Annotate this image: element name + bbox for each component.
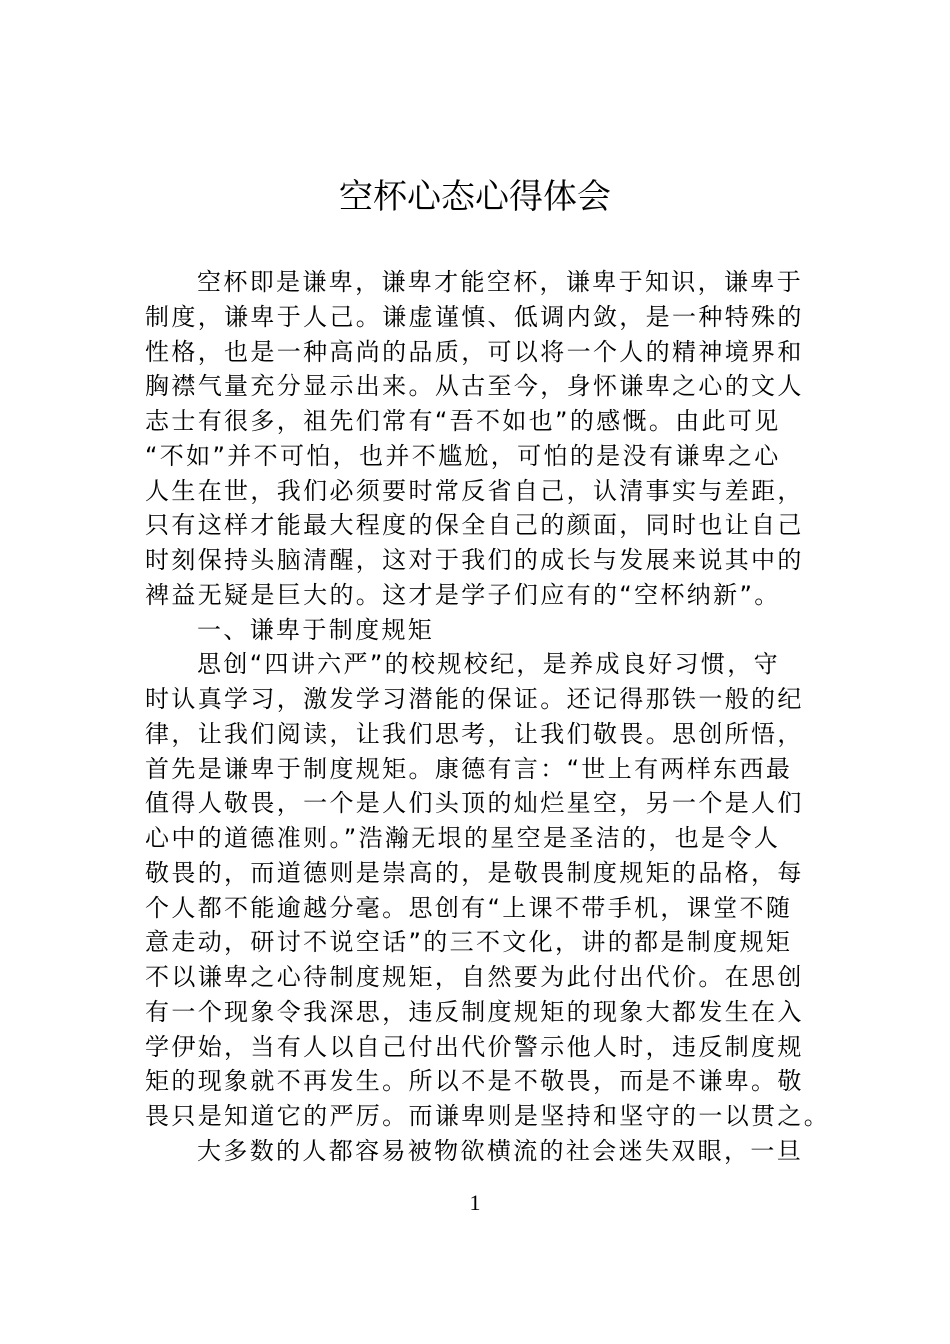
text-line: 人生在世，我们必须要时常反省自己，认清事实与差距， — [145, 474, 807, 509]
text-line: 不以谦卑之心待制度规矩，自然要为此付出代价。在思创 — [145, 960, 807, 995]
text-line: 时刻保持头脑清醒，这对于我们的成长与发展来说其中的 — [145, 543, 807, 578]
text-line: 大多数的人都容易被物欲横流的社会迷失双眼，一旦 — [145, 1134, 807, 1169]
text-line: 畏只是知道它的严厉。而谦卑则是坚持和坚守的一以贯之。 — [145, 1099, 807, 1134]
text-line: 只有这样才能最大程度的保全自己的颜面，同时也让自己 — [145, 508, 807, 543]
text-line: 值得人敬畏，一个是人们头顶的灿烂星空，另一个是人们 — [145, 786, 807, 821]
text-line: 志士有很多，祖先们常有“吾不如也”的感慨。由此可见 — [145, 404, 807, 439]
text-line: 律，让我们阅读，让我们思考，让我们敬畏。思创所悟， — [145, 717, 807, 752]
text-line: 个人都不能逾越分毫。思创有“上课不带手机，课堂不随 — [145, 891, 807, 926]
text-line: 学伊始，当有人以自己付出代价警示他人时，违反制度规 — [145, 1030, 807, 1065]
text-line: 胸襟气量充分显示出来。从古至今，身怀谦卑之心的文人 — [145, 369, 807, 404]
text-line: 空杯即是谦卑，谦卑才能空杯，谦卑于知识，谦卑于 — [145, 265, 807, 300]
document-title: 空杯心态心得体会 — [0, 174, 950, 220]
text-line: 制度，谦卑于人己。谦虚谨慎、低调内敛，是一种特殊的 — [145, 300, 807, 335]
text-line: 性格，也是一种高尚的品质，可以将一个人的精神境界和 — [145, 335, 807, 370]
text-line: “不如”并不可怕，也并不尴尬，可怕的是没有谦卑之心 — [145, 439, 807, 474]
text-line: 时认真学习，激发学习潜能的保证。还记得那铁一般的纪 — [145, 682, 807, 717]
text-line: 意走动，研讨不说空话”的三不文化，讲的都是制度规矩 — [145, 925, 807, 960]
document-page: 空杯心态心得体会 空杯即是谦卑，谦卑才能空杯，谦卑于知识，谦卑于制度，谦卑于人己… — [0, 0, 950, 1344]
text-line: 敬畏的，而道德则是崇高的，是敬畏制度规矩的品格，每 — [145, 856, 807, 891]
text-line: 一、谦卑于制度规矩 — [145, 613, 807, 648]
text-line: 思创“四讲六严”的校规校纪，是养成良好习惯，守 — [145, 647, 807, 682]
document-body: 空杯即是谦卑，谦卑才能空杯，谦卑于知识，谦卑于制度，谦卑于人己。谦虚谨慎、低调内… — [145, 265, 807, 1169]
text-line: 有一个现象令我深思，违反制度规矩的现象大都发生在入 — [145, 995, 807, 1030]
text-line: 裨益无疑是巨大的。这才是学子们应有的“空杯纳新”。 — [145, 578, 807, 613]
text-line: 心中的道德准则。”浩瀚无垠的星空是圣洁的，也是令人 — [145, 821, 807, 856]
text-line: 首先是谦卑于制度规矩。康德有言：“世上有两样东西最 — [145, 752, 807, 787]
text-line: 矩的现象就不再发生。所以不是不敬畏，而是不谦卑。敬 — [145, 1064, 807, 1099]
page-number: 1 — [0, 1189, 950, 1217]
